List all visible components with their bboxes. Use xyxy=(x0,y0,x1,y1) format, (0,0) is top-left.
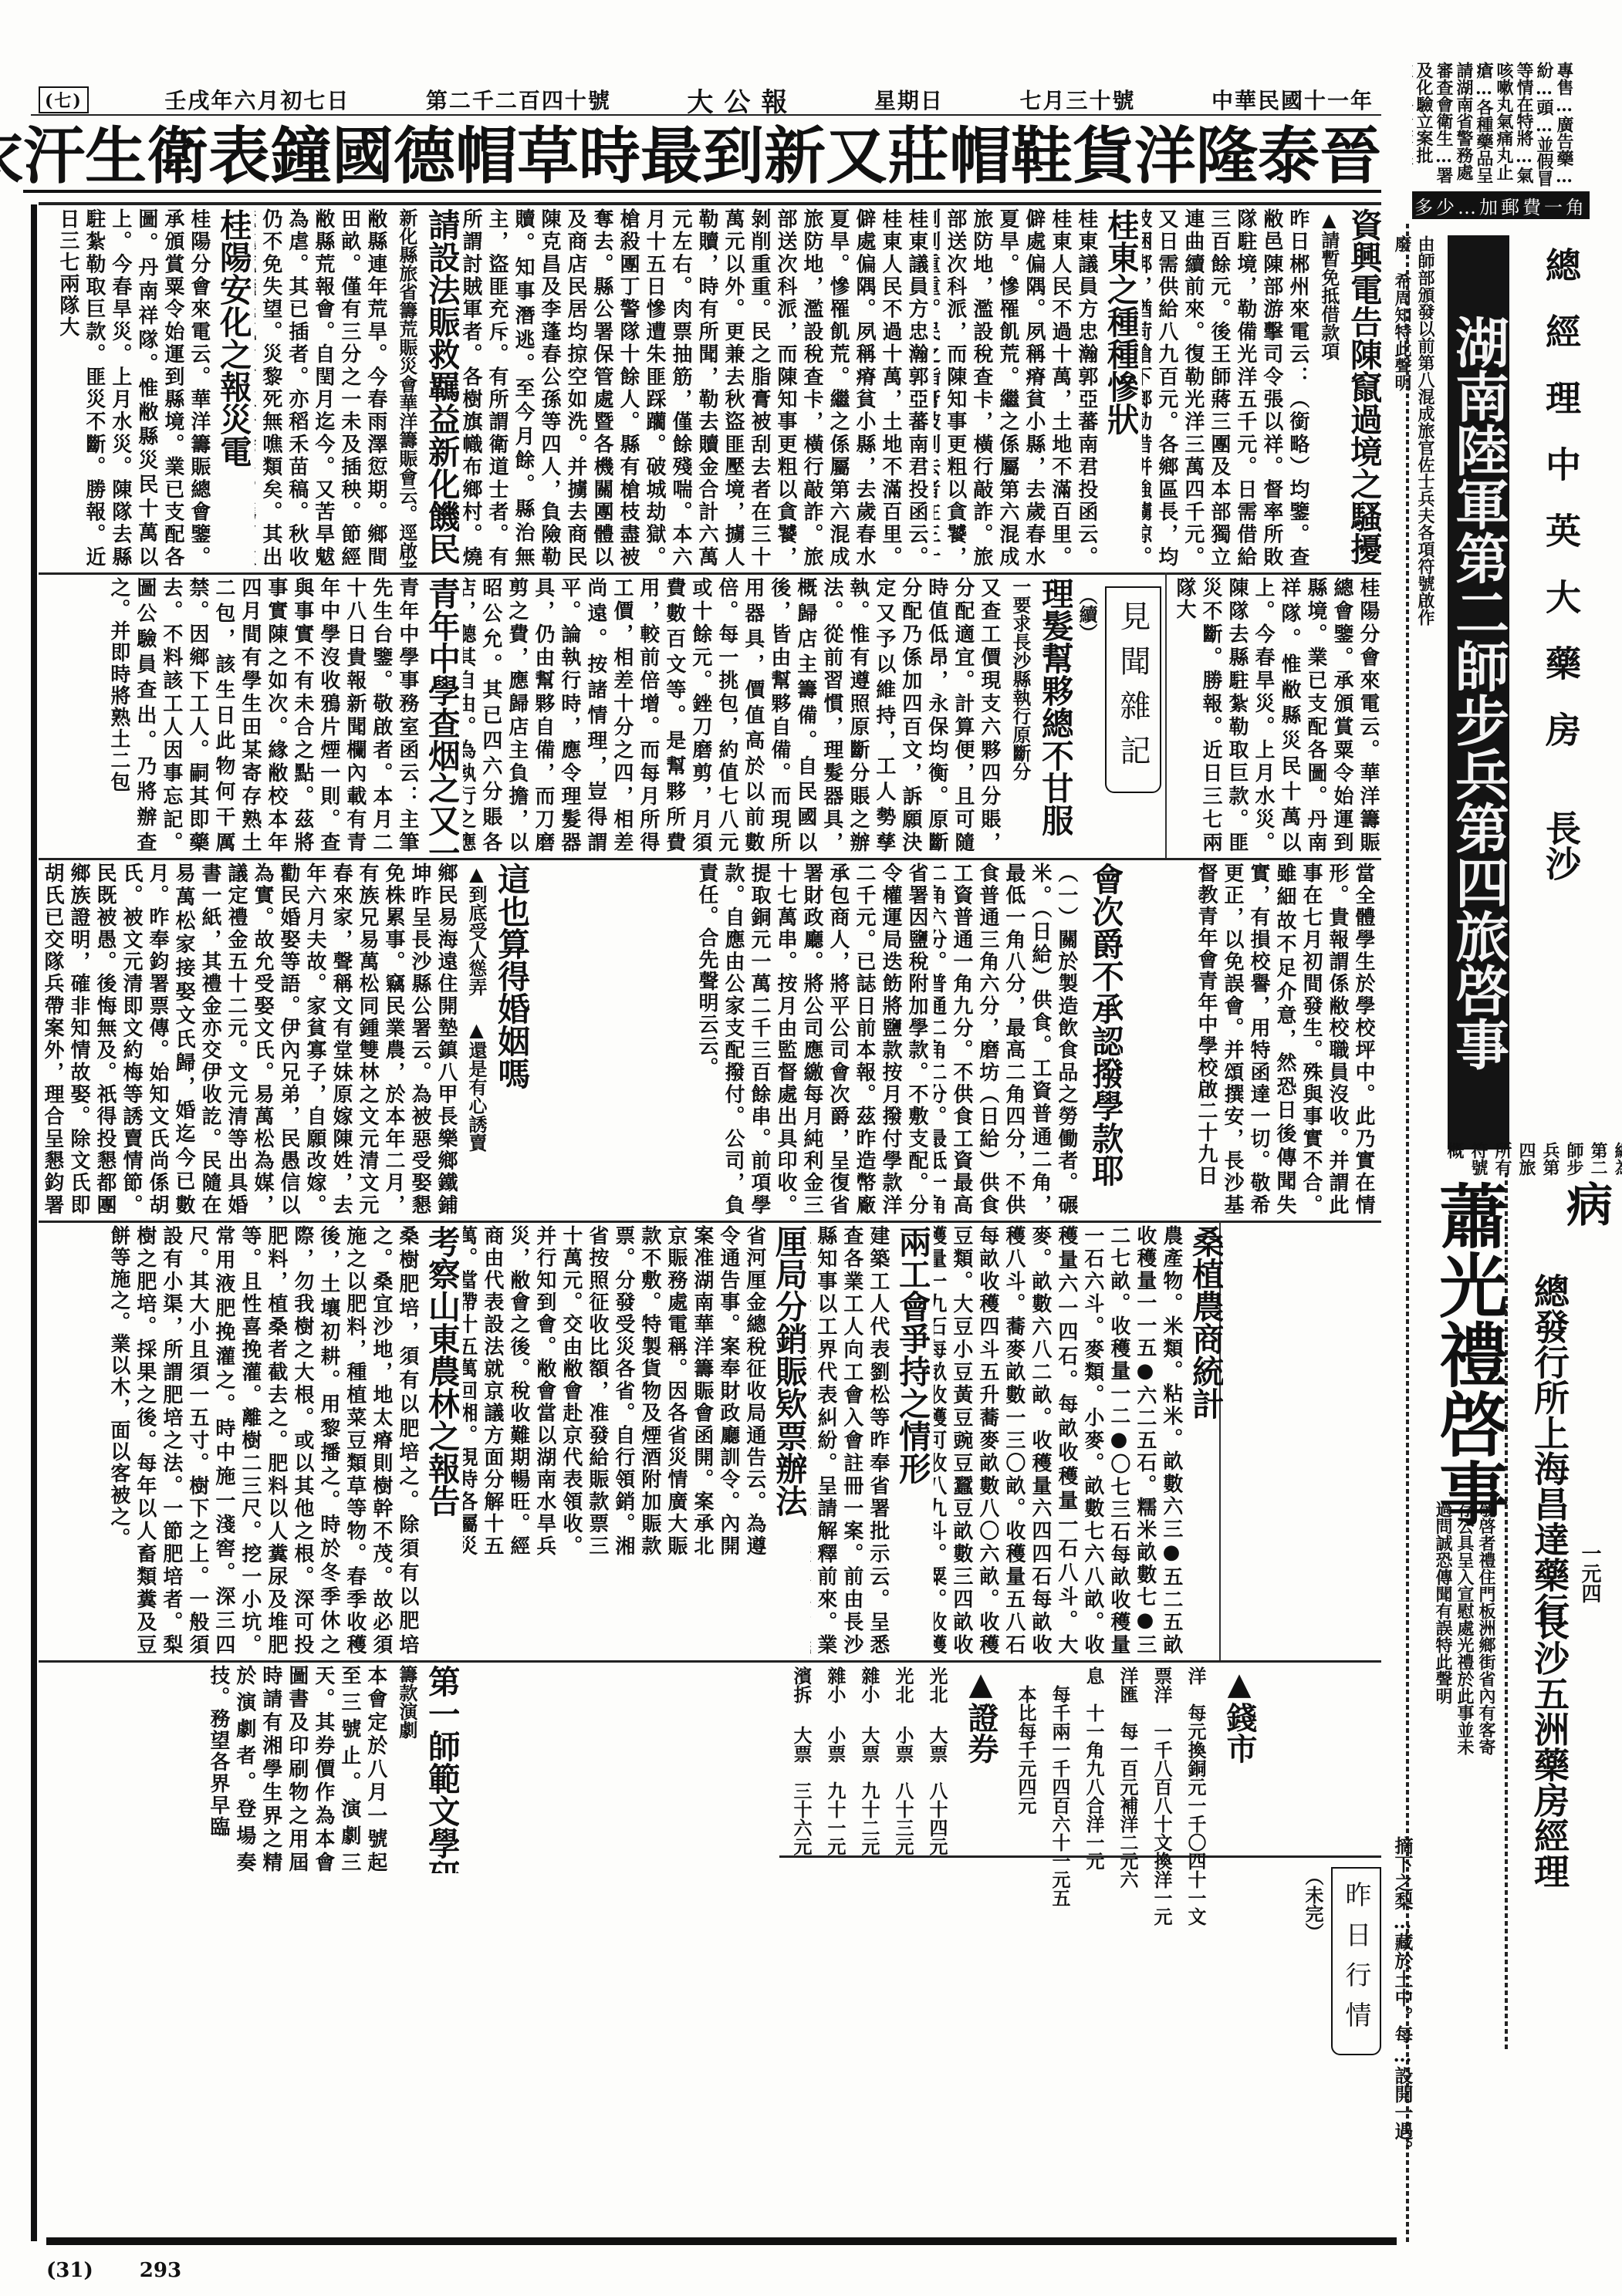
column-jianwen: 見聞雜記 （續） xyxy=(1076,586,1161,818)
bond-row: 光北 大票八十四元 xyxy=(925,1666,948,2222)
bond-row-label: 雜小 小票 xyxy=(823,1666,846,1763)
banner-char: 衛 xyxy=(147,126,208,187)
article-xiangxiang: 省署因鹽稅附加學款。不敷支配。分令權運局迭飭將鹽款按月撥付學款洋二千元。已誌日前… xyxy=(463,863,930,1216)
article-subhead: ▲請暫免抵借款項 xyxy=(1316,208,1343,568)
masthead-month-day: 七月三十號 xyxy=(1019,84,1135,115)
money-market-row-label: 息 xyxy=(1082,1666,1105,1685)
article-body: 本會定於八月一號起至三號止。演劇三天。其券價作為本會圖書及印刷物之用屆時請有湘學… xyxy=(42,1665,389,1873)
bond-row-label: 雜小 大票 xyxy=(857,1666,880,1763)
section-divider xyxy=(39,858,1381,860)
article-body: 鄉民易海遠住開墊鎮八甲長樂鄉鐵鋪坤昨呈長沙縣公署云。為被惡受娶懇免株累事。竊民業… xyxy=(42,863,459,1216)
banner-char: 洋 xyxy=(1134,126,1196,187)
article-body: （一）關於製造飲食品之勞働者。碾米。（日給）供食。工資普通二角，最低一角八分，最… xyxy=(934,863,1080,1216)
masthead-weekday: 星期日 xyxy=(874,84,944,115)
market-status: （未完） xyxy=(1299,1867,1326,2222)
ad-fundraising-drama xyxy=(42,1875,776,2230)
bond-row-value: 三十六元 xyxy=(790,1781,813,1855)
bottom-border xyxy=(46,2237,1397,2245)
money-market-row-value: 每千兩一千四百六十一元五 xyxy=(1049,1685,1071,1907)
money-market-row: 每千兩一千四百六十一元五 xyxy=(1048,1666,1071,2222)
banner-char: 鐘 xyxy=(270,126,332,187)
article-body: 青年中學事務室函云：主筆先生台鑒。敬啟者。本月二十八日貴報新聞欄內載有青年中學沒… xyxy=(42,577,421,853)
money-market-row-value: 本比每千元四元 xyxy=(1015,1685,1037,1815)
masthead: 中華民國十一年 七月三十號 星期日 大公報 第二千二百四十號 壬戌年六月初七日 … xyxy=(31,85,1381,116)
section-divider xyxy=(39,202,1381,205)
banner-char: 貨 xyxy=(1073,126,1134,187)
banner-char: 帽 xyxy=(455,126,517,187)
bond-row-value: 八十四元 xyxy=(926,1781,948,1855)
masthead-page-marker: (七) xyxy=(39,86,89,113)
article-body: 敝縣連年荒旱。今春雨澤愆期。鄉間田畝。僅有三分之一未及插秧。節經敝縣荒報會。自閏… xyxy=(255,208,389,568)
banner-char: 新 xyxy=(764,126,826,187)
bond-row-value: 八十三元 xyxy=(892,1781,914,1855)
ad-army-notice-text: 由師部頒發以前第八混成旅官佐士兵夫各項符號啟作廢 希周知特此聲明 xyxy=(1409,235,1437,636)
article-body: 桂東議員方忠瀚郭亞蕃南君投函云。桂東人民不過十萬，土地不滿百里。僻處偏隅。夙稱瘠… xyxy=(934,208,1100,568)
market-title-box: 昨日行情 （未完） xyxy=(1265,1867,1381,2222)
bond-row: 雜小 小票九十一元 xyxy=(823,1666,846,2222)
banner-char: 鞋 xyxy=(1011,126,1073,187)
article-headline: 這也算得婚姻嗎 xyxy=(495,863,529,1216)
money-market-heading: ▲錢市 xyxy=(1218,1666,1262,2222)
bond-row-label: 光北 大票 xyxy=(925,1666,948,1763)
article-headline: 桑植農商統計 xyxy=(1189,1225,1223,1656)
article-guiyang-anhua: 桂陽安化之報災電 桂陽分會來電云。華洋籌賑總會鑒。承頒賞粟令始運到縣境。業已支配… xyxy=(42,208,251,568)
money-market-row: 本比每千元四元 xyxy=(1014,1666,1037,2222)
ad-postage-bar: 多少…加郵費一角 xyxy=(1412,191,1590,219)
banner-char: 生 xyxy=(85,126,147,187)
newspaper-page: 中華民國十一年 七月三十號 星期日 大公報 第二千二百四十號 壬戌年六月初七日 … xyxy=(0,0,1622,2296)
banner-char: 到 xyxy=(702,126,764,187)
money-market-row-value: 十一角九八合洋一元 xyxy=(1083,1703,1105,1870)
banner-char: 最 xyxy=(640,126,702,187)
money-market-row-label: 洋 xyxy=(1184,1666,1207,1685)
article-pingjiang: 桑植農商統計 農產物。米類。粘米。畝數六三●五二五畝收穫量一一五●六二五石。糯米… xyxy=(934,1225,1223,1656)
ad-medicine-notice: 專售…廣告藥…紛…頭…並假冒等情在特將…氣咳嗽丸氣痛丸止瘡…各種藥品呈請湖南省警… xyxy=(1412,62,1574,193)
ad-xiao-title: 蕭光禮啓事 xyxy=(1417,1180,1517,1528)
banner-ad: 晉泰隆洋貨鞋帽莊又新到最時草帽德國鐘表衛生汗衣解暑藥水 xyxy=(23,123,1381,193)
article-body: 農產物。米類。粘米。畝數六三●五二五畝收穫量一一五●六二五石。糯米畝數七●三二七… xyxy=(934,1225,1184,1656)
article-headline: 考察山東農林之報告 xyxy=(425,1225,459,1656)
article-body: 桑樹肥培，須有以肥培之。除須有以肥培之。桑宜沙地，地太瘠則樹幹不茂。故必須施之以… xyxy=(42,1225,421,1656)
bond-row-value: 九十一元 xyxy=(824,1781,846,1855)
bond-row-value: 九十二元 xyxy=(858,1781,880,1855)
article-headline: 第一師範文學研究會 xyxy=(425,1665,459,1873)
money-market-row: 票洋一千八百八十文換洋一元 xyxy=(1150,1666,1173,2222)
ad-changsha-agent: 長沙五洲藥房經理 xyxy=(1524,1605,1575,1889)
market-quotes: ▲錢市洋每元換銅元一千〇四十一文票洋一千八百八十文換洋一元洋匯每一百元補洋二元六… xyxy=(779,1666,1262,2222)
column-label: 見聞雜記 xyxy=(1105,586,1161,793)
article-sangzhi: 兩工會爭持之情形 建築工人代表劉松等昨奉省署批示云。呈悉查各業工人向工會入會註冊… xyxy=(810,1225,930,1656)
ad-body xyxy=(620,1875,766,2230)
footer-page-total: 293 xyxy=(140,2259,181,2282)
column-divider xyxy=(1165,572,1167,858)
banner-char: 泰 xyxy=(1258,126,1320,187)
ad-xiao-text: 敬啓者禮住門板洲鄉街省內有客寄存公具呈入宣慰處光禮於此事並未過問誠恐傳聞有誤特此… xyxy=(1443,1501,1497,1755)
article-body: 省河厘金總稅征收局通告云。為遵令通告事。案奉財政廳訓令。內開案准湖南華洋籌賑會函… xyxy=(463,1225,768,1557)
banner-char: 草 xyxy=(517,126,579,187)
article-qingnian: 青年中學查烟之又一說 青年中學事務室函云：主筆先生台鑒。敬啟者。本月二十八日貴報… xyxy=(42,577,459,853)
bonds-heading: ▲證券 xyxy=(959,1666,1003,2222)
ad-divider xyxy=(1505,1173,1508,2052)
article-body: 桂陽分會來電云。華洋籌賑總會鑒。承頒賞粟令始運到縣境。業已支配各圖。丹南祥隊。惟… xyxy=(1169,577,1381,853)
article-headline: 資興電告陳竄過境之騷擾 xyxy=(1347,208,1381,568)
article-ciyou: 當全體學生於學校坪中。此乃實在情形。貴報謂係敝校職員沒收。并謂此事在七月初間發生… xyxy=(1127,863,1381,1216)
footer-left-marker: (31) xyxy=(46,2259,93,2282)
article-guidong-cont: 桂東議員方忠瀚郭亞蕃南君投函云。桂東人民不過十萬，土地不滿百里。僻處偏隅。夙稱瘠… xyxy=(463,208,930,568)
page-footer: (31) 293 xyxy=(46,2259,181,2282)
article-guidong: 桂東之種種慘狀 桂東議員方忠瀚郭亞蕃南君投函云。桂東人民不過十萬，土地不滿百里。… xyxy=(934,208,1138,568)
article-headline: 桂東之種種慘狀 xyxy=(1104,208,1138,568)
article-subhead: 籌款演劇 xyxy=(394,1665,421,1873)
banner-char: 國 xyxy=(332,126,394,187)
bond-row: 光北 小票八十三元 xyxy=(891,1666,914,2222)
bond-row: 雜小 大票九十二元 xyxy=(857,1666,880,2222)
article-body: 昨日郴州來電云：（銜略）均鑒。查敝邑陳部游擊司令張以祥。督率所敗隊駐境，勒備光洋… xyxy=(1142,208,1311,568)
ad-bottom-note: 摘下之梨…藏於土中。每…設開一遇。 xyxy=(1389,1836,1416,2237)
bond-row-label: 濱拆 大票 xyxy=(789,1666,813,1763)
left-border xyxy=(31,204,37,2241)
masthead-date-roc: 中華民國十一年 xyxy=(1211,84,1374,115)
article-kaoca: 第一師範文學研究會 籌款演劇 本會定於八月一號起至三號止。演劇三天。其券價作為本… xyxy=(42,1665,459,1873)
ad-price: 一元四 xyxy=(1576,1543,1604,1603)
section-label-nonggong xyxy=(1227,1225,1381,1656)
ad-medicine-headline: 總經理中英大藥房 xyxy=(1536,247,1587,778)
banner-char: 德 xyxy=(394,126,455,187)
article-subhead: 新化縣旅省籌荒賑災會華洋籌賑會云。逕啟者 xyxy=(394,208,421,568)
article-body: 桂陽分會來電云。華洋籌賑總會鑒。承頒賞粟令始運到縣境。業已支配各圖。丹南祥隊。惟… xyxy=(42,208,212,568)
section-divider xyxy=(39,1221,1381,1223)
ad-army-notice-title: 湖南陸軍第二師步兵第四旅啓事 xyxy=(1448,235,1509,1150)
article-barber: 理髮幫夥總不甘服 一要求長沙縣執行原斷分 又查工價現支六夥四分賬，分配適宜。計算… xyxy=(463,577,1073,853)
article-body: 當全體學生於學校坪中。此乃實在情形。貴報謂係敝校職員沒收。并謂此事在七月初間發生… xyxy=(1127,863,1377,1216)
article-subhead: 一要求長沙縣執行原斷分 xyxy=(1007,577,1034,853)
article-headline: 會次爵不承認撥學款耶 xyxy=(1089,863,1123,1216)
money-market-row: 洋每元換銅元一千〇四十一文 xyxy=(1184,1666,1207,2222)
article-xiangxiang-marriage: 會次爵不承認撥學款耶 （一）關於製造飲食品之勞働者。碾米。（日給）供食。工資普通… xyxy=(934,863,1123,1216)
section-divider xyxy=(39,1660,1381,1663)
banner-char: 汗 xyxy=(23,126,85,187)
market-section-title: 昨日行情 xyxy=(1331,1867,1381,2055)
article-xiangxiang-body: 鄉民易海遠住開墊鎮八甲長樂鄉鐵鋪坤昨呈長沙縣公署云。為被惡受娶懇免株累事。竊民業… xyxy=(42,863,459,1216)
money-market-row-value: 一千八百八十文換洋一元 xyxy=(1151,1722,1173,1926)
money-market-row-value: 每一百元補洋二元六 xyxy=(1117,1722,1139,1889)
article-headline: 青年中學查烟之又一說 xyxy=(425,577,459,853)
article-zixing: 資興電告陳竄過境之騷擾 ▲請暫免抵借款項 昨日郴州來電云：（銜略）均鑒。查敝邑陳… xyxy=(1142,208,1381,568)
article-headline: 兩工會爭持之情形 xyxy=(896,1225,930,1656)
article-headline: 厘局分銷賑欵票辦法 xyxy=(772,1225,806,1557)
banner-char: 衣 xyxy=(0,126,23,187)
article-headline: 桂陽安化之報災電 xyxy=(217,208,251,568)
banner-char: 莊 xyxy=(887,126,949,187)
article-body: 省署因鹽稅附加學款。不敷支配。分令權運局迭飭將鹽款按月撥付學款洋二千元。已誌日前… xyxy=(533,863,930,1216)
ad-general-agency: 總發行所上海昌達藥行 xyxy=(1524,1273,1575,1628)
bond-row: 濱拆 大票三十六元 xyxy=(789,1666,813,2222)
article-headline: 請設法賑救羈益新化饑民 xyxy=(425,208,459,568)
money-market-row-label: 洋匯 xyxy=(1116,1666,1139,1703)
ad-partial-char: 病 xyxy=(1553,1180,1619,1227)
article-subhead: ▲到底受人慫弄 ▲還是有心誘賣 xyxy=(463,863,490,1216)
article-body: 又查工價現支六夥四分賬，分配適宜。計算便，且可隨時值低昂，永保均衡。原斷分配乃係… xyxy=(463,577,1002,853)
article-lianggonghui: 厘局分銷賑欵票辦法 省河厘金總稅征收局通告云。為遵令通告事。案奉財政廳訓令。內開… xyxy=(463,1225,806,1557)
money-market-row: 息十一角九八合洋一元 xyxy=(1082,1666,1105,2222)
article-body: 桂東議員方忠瀚郭亞蕃南君投函云。桂東人民不過十萬，土地不滿百里。僻處偏隅。夙稱瘠… xyxy=(463,208,930,568)
article-body: 建築工人代表劉松等昨奉省署批示云。呈悉查各業工人向工會入會註冊一案。前由長沙縣知… xyxy=(810,1225,891,1656)
banner-char: 隆 xyxy=(1196,126,1258,187)
money-market-row-label: 票洋 xyxy=(1150,1666,1173,1703)
banner-char: 表 xyxy=(208,126,270,187)
article-zixing-cont: 桂陽分會來電云。華洋籌賑總會鑒。承頒賞粟令始運到縣境。業已支配各圖。丹南祥隊。惟… xyxy=(1169,577,1381,853)
banner-char: 又 xyxy=(826,126,887,187)
bond-row-label: 光北 小票 xyxy=(891,1666,914,1763)
banner-char: 時 xyxy=(579,126,640,187)
masthead-lunar-date: 壬戌年六月初七日 xyxy=(164,84,350,115)
article-headline: 理髮幫夥總不甘服 xyxy=(1039,577,1073,853)
article-lijuzhen: 考察山東農林之報告 桑樹肥培，須有以肥培之。除須有以肥培之。桑宜沙地，地太瘠則樹… xyxy=(42,1225,459,1656)
section-divider xyxy=(39,572,1381,575)
banner-char: 晉 xyxy=(1320,126,1381,187)
article-xinhua: 請設法賑救羈益新化饑民 新化縣旅省籌荒賑災會華洋籌賑會云。逕啟者 敝縣連年荒旱。… xyxy=(255,208,459,568)
ad-medicine-city: 長沙 xyxy=(1536,810,1587,881)
continued-marker: （續） xyxy=(1076,586,1100,818)
money-market-row-value: 每元換銅元一千〇四十一文 xyxy=(1184,1703,1207,1926)
masthead-issue-number: 第二千二百四十號 xyxy=(426,84,611,115)
money-market-row: 洋匯每一百元補洋二元六 xyxy=(1116,1666,1139,2222)
paper-name: 大公報 xyxy=(687,81,798,119)
banner-char: 帽 xyxy=(949,126,1011,187)
